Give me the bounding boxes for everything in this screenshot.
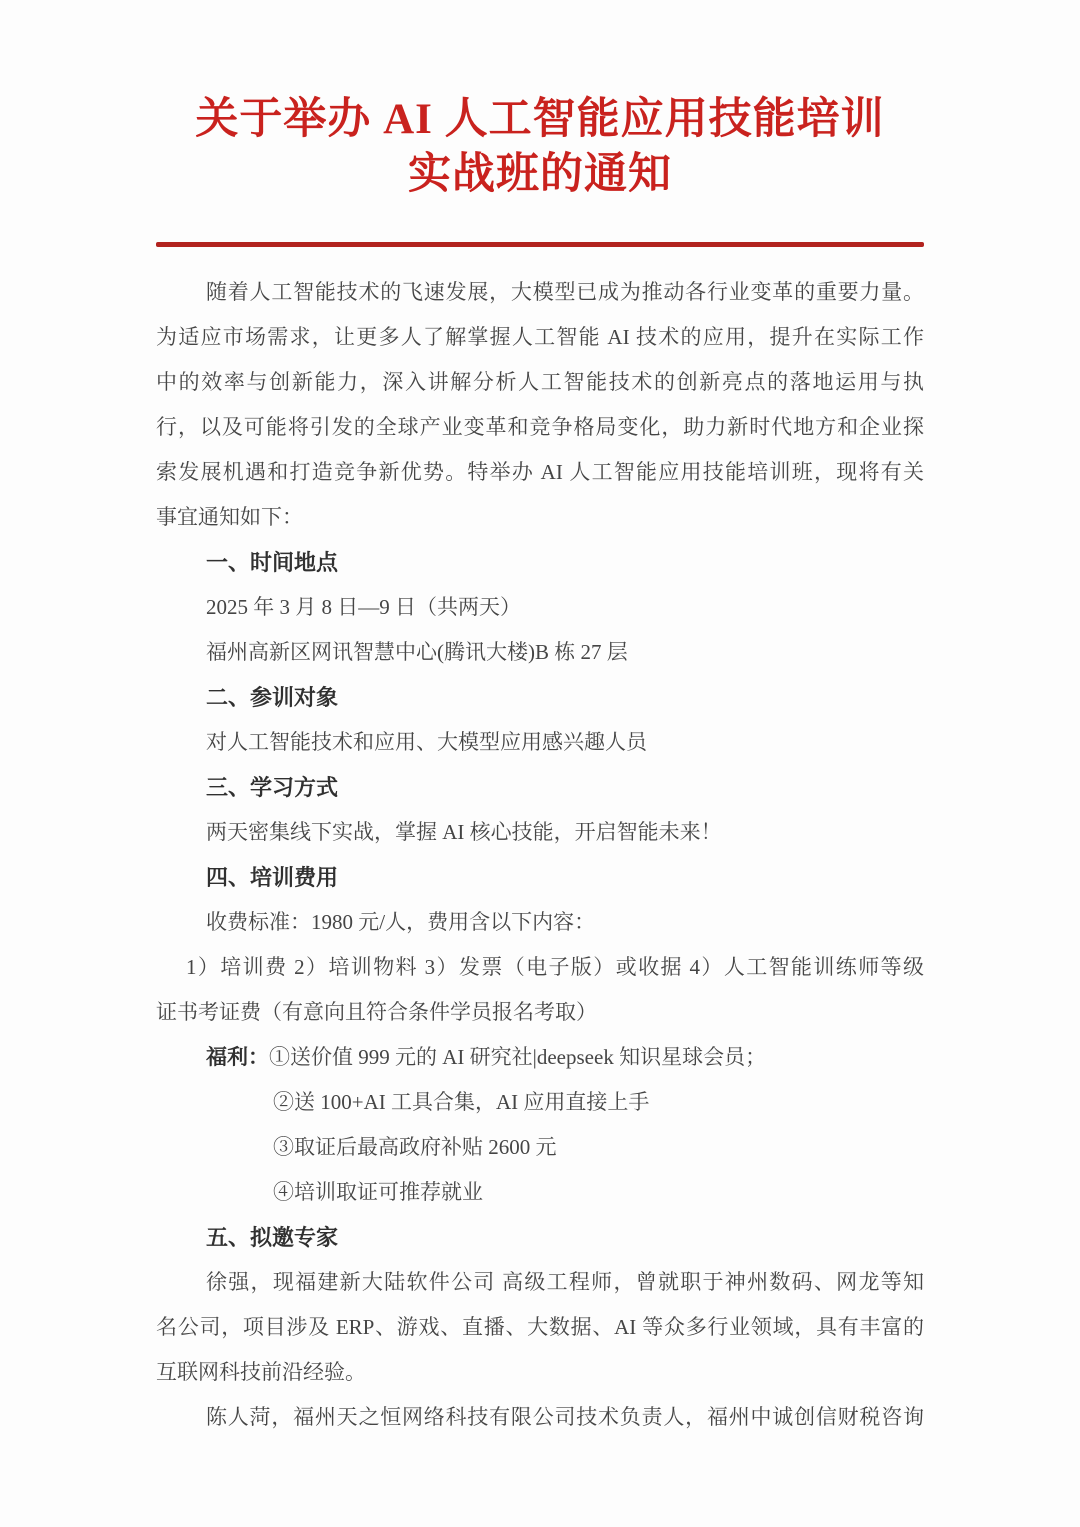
- section-4-fee: 收费标准：1980 元/人，费用含以下内容：: [156, 900, 924, 945]
- section-4-benefit-3: ③取证后最高政府补贴 2600 元: [156, 1125, 924, 1170]
- intro-line-3: 中的效率与创新能力，深入讲解分析人工智能技术的创新亮点的落地运用与执: [156, 360, 924, 405]
- section-2-heading: 二、参训对象: [156, 675, 924, 720]
- expert-1-line-1: 徐强，现福建新大陆软件公司 高级工程师，曾就职于神州数码、网龙等知: [156, 1260, 924, 1305]
- document-body: 随着人工智能技术的飞速发展，大模型已成为推动各行业变革的重要力量。 为适应市场需…: [156, 270, 924, 1440]
- section-1-place: 福州高新区网讯智慧中心(腾讯大楼)B 栋 27 层: [156, 630, 924, 675]
- section-4-benefit-1: 福利：①送价值 999 元的 AI 研究社|deepseek 知识星球会员；: [156, 1035, 924, 1080]
- intro-line-5: 索发展机遇和打造竞争新优势。特举办 AI 人工智能应用技能培训班，现将有关: [156, 450, 924, 495]
- section-4-heading: 四、培训费用: [156, 855, 924, 900]
- intro-line-6: 事宜通知如下：: [156, 495, 924, 540]
- expert-1-line-2: 名公司，项目涉及 ERP、游戏、直播、大数据、AI 等众多行业领域，具有丰富的: [156, 1305, 924, 1350]
- intro-line-1: 随着人工智能技术的飞速发展，大模型已成为推动各行业变革的重要力量。: [156, 270, 924, 315]
- expert-2-line-1: 陈人菏，福州天之恒网络科技有限公司技术负责人，福州中诚创信财税咨询: [156, 1395, 924, 1440]
- intro-line-4: 行，以及可能将引发的全球产业变革和竞争格局变化，助力新时代地方和企业探: [156, 405, 924, 450]
- section-1-time: 2025 年 3 月 8 日—9 日（共两天）: [156, 585, 924, 630]
- benefit-1-text: ①送价值 999 元的 AI 研究社|deepseek 知识星球会员；: [269, 1045, 766, 1069]
- document-content: 关于举办 AI 人工智能应用技能培训 实战班的通知 随着人工智能技术的飞速发展，…: [156, 0, 924, 1440]
- section-1-heading: 一、时间地点: [156, 540, 924, 585]
- section-2-audience: 对人工智能技术和应用、大模型应用感兴趣人员: [156, 720, 924, 765]
- section-4-benefit-4: ④培训取证可推荐就业: [156, 1170, 924, 1215]
- title-line-2: 实战班的通知: [156, 147, 924, 202]
- intro-line-2: 为适应市场需求，让更多人了解掌握人工智能 AI 技术的应用，提升在实际工作: [156, 315, 924, 360]
- section-4-includes-1: 1）培训费 2）培训物料 3）发票（电子版）或收据 4）人工智能训练师等级: [156, 945, 924, 990]
- title-line-1: 关于举办 AI 人工智能应用技能培训: [156, 92, 924, 147]
- red-divider-rule: [156, 242, 924, 247]
- section-5-heading: 五、拟邀专家: [156, 1215, 924, 1260]
- section-3-mode: 两天密集线下实战，掌握 AI 核心技能，开启智能未来！: [156, 810, 924, 855]
- benefits-label: 福利：: [206, 1045, 269, 1069]
- document-title: 关于举办 AI 人工智能应用技能培训 实战班的通知: [156, 92, 924, 202]
- section-3-heading: 三、学习方式: [156, 765, 924, 810]
- section-4-benefit-2: ②送 100+AI 工具合集，AI 应用直接上手: [156, 1080, 924, 1125]
- section-4-includes-2: 证书考证费（有意向且符合条件学员报名考取）: [156, 990, 924, 1035]
- notice-document-page: 关于举办 AI 人工智能应用技能培训 实战班的通知 随着人工智能技术的飞速发展，…: [0, 0, 1080, 1527]
- expert-1-line-3: 互联网科技前沿经验。: [156, 1350, 924, 1395]
